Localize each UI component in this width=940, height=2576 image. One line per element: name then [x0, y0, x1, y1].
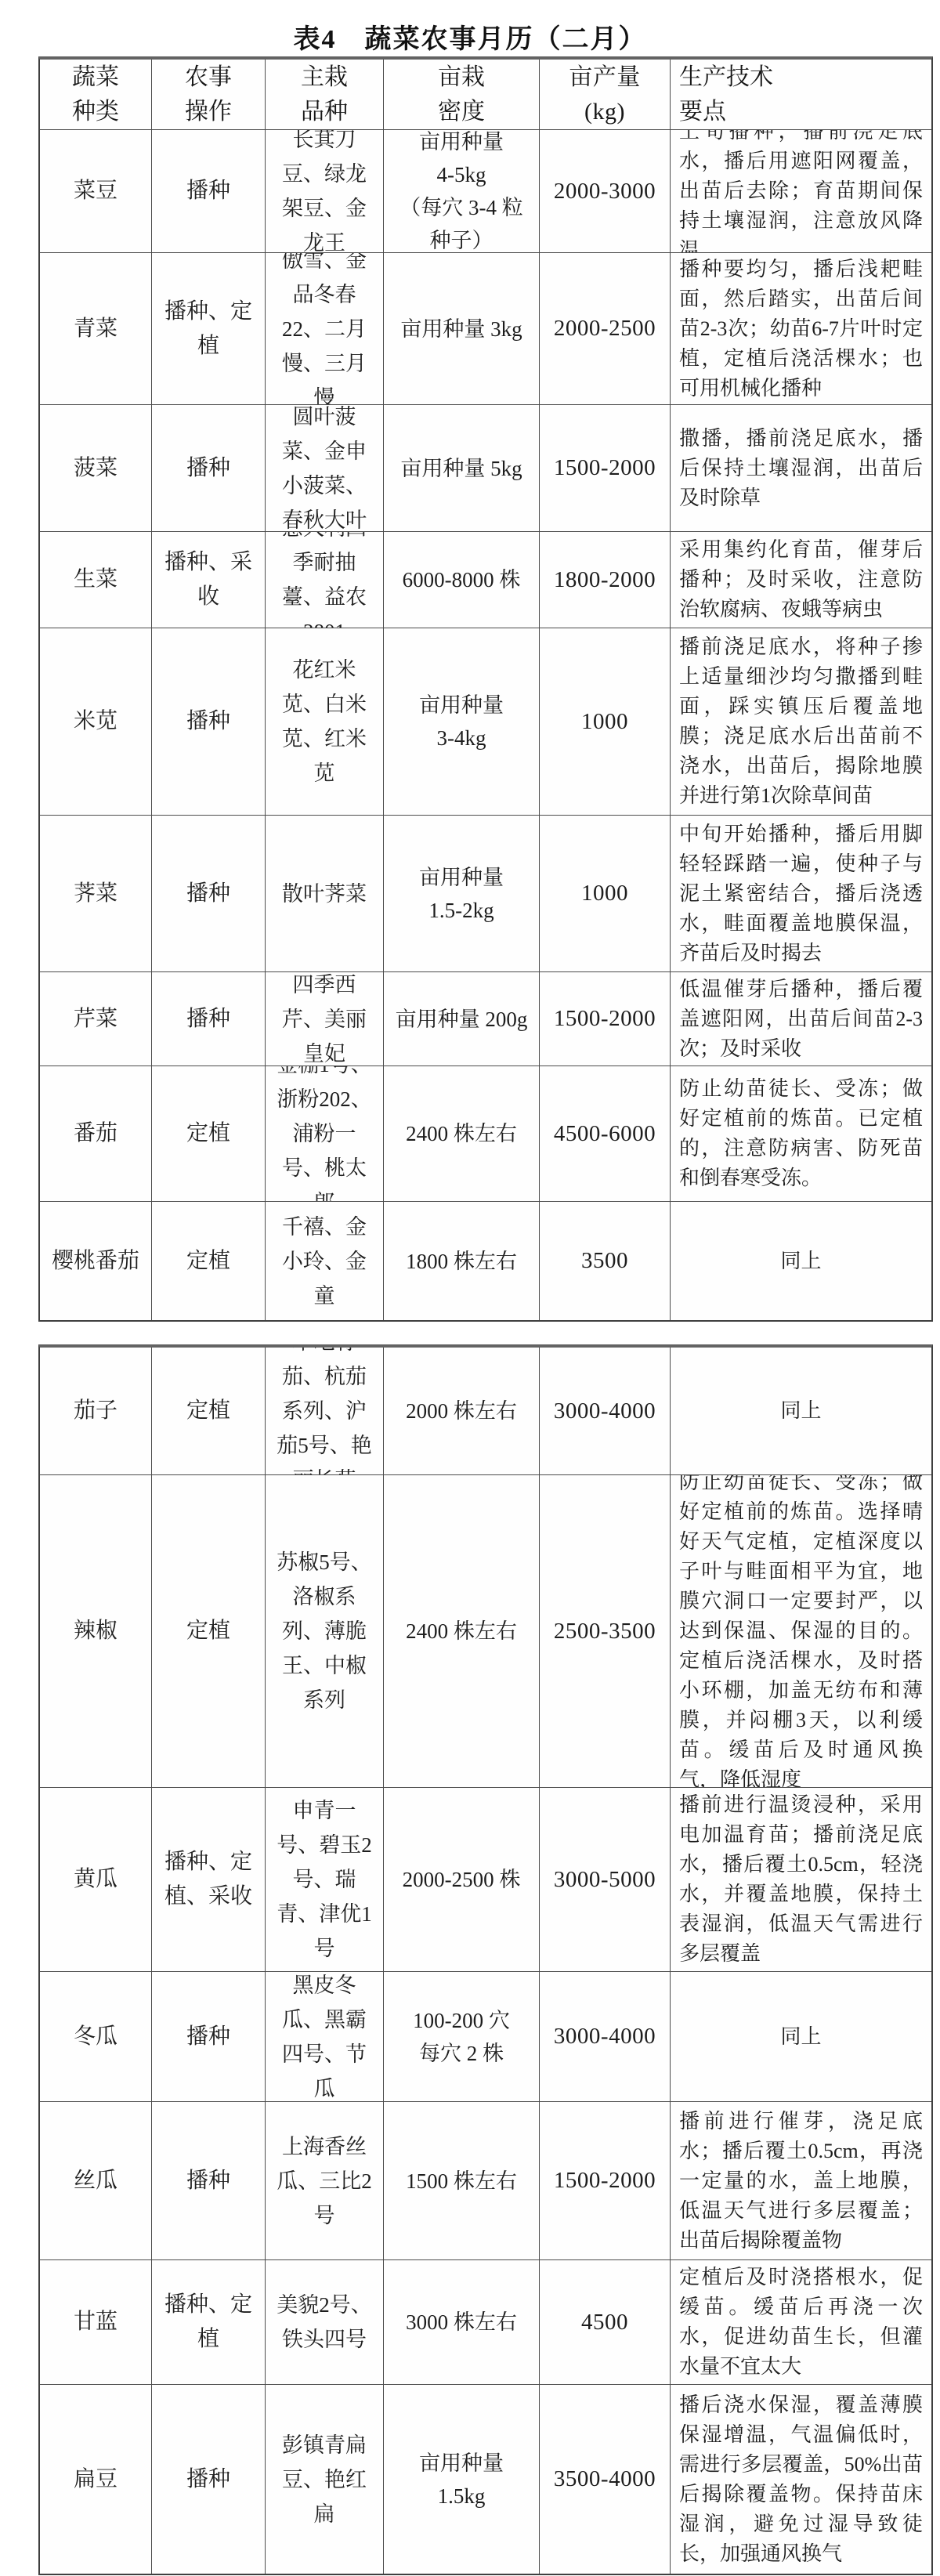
cell-yield: 2000-2500	[540, 253, 671, 404]
cell-operation: 播种	[152, 1972, 266, 2101]
yield-text: 3500-4000	[554, 2466, 656, 2492]
varieties-text: 本地青茄、杭茄系列、沪茄5号、艳丽长茄	[272, 1348, 377, 1474]
varieties-text: 傲雪、金品冬春22、二月慢、三月慢	[272, 253, 377, 404]
operation-text: 播种	[186, 451, 230, 486]
cell-operation: 播种	[152, 816, 266, 971]
density-text: 1500 株左右	[406, 2165, 517, 2198]
header-yield-per-mu: 亩产量 (kg)	[540, 60, 671, 129]
cell-type: 樱桃番茄	[40, 1202, 152, 1320]
operation-text: 播种	[186, 877, 230, 911]
cell-operation: 播种	[152, 972, 266, 1065]
density-text: 100-200 穴 每穴 2 株	[413, 2004, 510, 2070]
table-row: 扁豆播种彭镇青扁豆、艳红扁亩用种量 1.5kg3500-4000播后浇水保湿，覆…	[40, 2385, 931, 2574]
table-row: 樱桃番茄定植千禧、金小玲、金童1800 株左右3500同上	[40, 1202, 931, 1320]
type-text: 黄瓜	[74, 1864, 117, 1895]
cell-density: 1500 株左右	[384, 2102, 540, 2259]
table-row: 辣椒定植苏椒5号、洛椒系列、薄脆王、中椒系列2400 株左右2500-3500防…	[40, 1475, 931, 1788]
cell-type: 番茄	[40, 1066, 152, 1201]
cell-technique: 播后浇水保湿，覆盖薄膜保湿增温，气温偏低时，需进行多层覆盖，50%出苗后揭除覆盖…	[671, 2385, 931, 2574]
technique-text: 低温催芽后播种，播后覆盖遮阳网，出苗后间苗2-3次；及时采收	[679, 975, 923, 1064]
density-text: 2000 株左右	[406, 1395, 517, 1427]
table-row: 冬瓜播种黑皮冬瓜、黑霸四号、节瓜100-200 穴 每穴 2 株3000-400…	[40, 1972, 931, 2102]
cell-technique: 低温催芽后播种，播后覆盖遮阳网，出苗后间苗2-3次；及时采收	[671, 972, 931, 1065]
cell-density: 亩用种量 200g	[384, 972, 540, 1065]
operation-text: 播种	[186, 704, 230, 739]
cell-varieties: 圆叶菠菜、金申小菠菜、春秋大叶	[266, 405, 384, 531]
density-text: 2400 株左右	[406, 1615, 517, 1648]
cell-yield: 3000-4000	[540, 1348, 671, 1474]
cell-technique: 播前浇足底水，将种子掺上适量细沙均匀撒播到畦面，踩实镇压后覆盖地膜；浇足底水后出…	[671, 628, 931, 815]
cell-varieties: 散叶荠菜	[266, 816, 384, 971]
cell-varieties: 花红米苋、白米苋、红米苋	[266, 628, 384, 815]
cell-yield: 3000-5000	[540, 1788, 671, 1971]
cell-density: 2400 株左右	[384, 1475, 540, 1787]
cell-varieties: 金棚1号、浙粉202、浦粉一号、桃太郎	[266, 1066, 384, 1201]
type-text: 扁豆	[74, 2464, 117, 2495]
cell-technique: 撒播，播前浇足底水，播后保持土壤湿润，出苗后及时除草	[671, 405, 931, 531]
type-text: 樱桃番茄	[52, 1246, 139, 1277]
document-page: 表4 蔬菜农事月历（二月） 蔬菜 种类 农事 操作 主栽 品种 亩栽 密度 亩产…	[0, 0, 940, 2576]
cell-density: 亩用种量 4-5kg （每穴 3-4 粒 种子）	[384, 130, 540, 252]
cell-varieties: 四季西芹、美丽皇妃	[266, 972, 384, 1065]
yield-text: 1500-2000	[554, 1006, 656, 1032]
cell-type: 茄子	[40, 1348, 152, 1474]
cell-operation: 播种、采收	[152, 532, 266, 628]
cell-type: 荠菜	[40, 816, 152, 971]
cell-density: 1800 株左右	[384, 1202, 540, 1320]
cell-varieties: 千禧、金小玲、金童	[266, 1202, 384, 1320]
cell-varieties: 本地青茄、杭茄系列、沪茄5号、艳丽长茄	[266, 1348, 384, 1474]
yield-text: 2000-3000	[554, 179, 656, 204]
technique-text: 同上	[679, 2022, 923, 2052]
type-text: 番茄	[74, 1118, 117, 1149]
table-row: 番茄定植金棚1号、浙粉202、浦粉一号、桃太郎2400 株左右4500-6000…	[40, 1066, 931, 1202]
yield-text: 4500-6000	[554, 1121, 656, 1147]
density-text: 亩用种量 3-4kg	[419, 689, 504, 754]
cell-yield: 1500-2000	[540, 405, 671, 531]
cell-varieties: 苏椒5号、洛椒系列、薄脆王、中椒系列	[266, 1475, 384, 1787]
density-text: 6000-8000 株	[403, 563, 521, 596]
cell-type: 丝瓜	[40, 2102, 152, 2259]
technique-text: 中旬开始播种，播后用脚轻轻踩踏一遍，使种子与泥土紧密结合，播后浇透水，畦面覆盖地…	[679, 819, 923, 968]
technique-text: 同上	[679, 1246, 923, 1276]
yield-text: 4500	[581, 2310, 628, 2335]
cell-density: 亩用种量 5kg	[384, 405, 540, 531]
technique-text: 防止幼苗徒长、受冻；做好定植前的炼苗。选择晴好天气定植，定植深度以子叶与畦面相平…	[679, 1475, 923, 1787]
density-text: 亩用种量 4-5kg （每穴 3-4 粒 种子）	[399, 130, 523, 252]
cell-varieties: 长萁刀豆、绿龙架豆、金龙王	[266, 130, 384, 252]
cell-yield: 4500-6000	[540, 1066, 671, 1201]
cell-technique: 播前进行温烫浸种，采用电加温育苗；播前浇足底水，播后覆土0.5cm，轻浇水，并覆…	[671, 1788, 931, 1971]
header-vegetable-type: 蔬菜 种类	[40, 60, 152, 129]
cell-density: 2000 株左右	[384, 1348, 540, 1474]
header-main-varieties: 主栽 品种	[266, 60, 384, 129]
technique-text: 定植后及时浇搭根水，促缓苗。缓苗后再浇一次水，促进幼苗生长，但灌水量不宜太大	[679, 2263, 923, 2382]
type-text: 芹菜	[74, 1004, 117, 1035]
yield-text: 1000	[581, 881, 628, 906]
varieties-text: 苏椒5号、洛椒系列、薄脆王、中椒系列	[272, 1545, 377, 1717]
yield-text: 3000-4000	[554, 1398, 656, 1424]
yield-text: 1000	[581, 709, 628, 735]
varieties-text: 花红米苋、白米苋、红米苋	[272, 653, 377, 791]
varieties-text: 长萁刀豆、绿龙架豆、金龙王	[272, 130, 377, 252]
type-text: 荠菜	[74, 878, 117, 910]
table-header-row: 蔬菜 种类 农事 操作 主栽 品种 亩栽 密度 亩产量 (kg) 生产技术 要点	[40, 60, 931, 130]
cell-technique: 同上	[671, 1972, 931, 2101]
cell-operation: 播种、定植	[152, 2260, 266, 2384]
operation-text: 播种、定植	[158, 2288, 258, 2357]
cell-operation: 播种、定植、采收	[152, 1788, 266, 1971]
density-text: 亩用种量 3kg	[400, 313, 522, 346]
cell-operation: 定植	[152, 1066, 266, 1201]
cell-type: 冬瓜	[40, 1972, 152, 2101]
cell-yield: 4500	[540, 2260, 671, 2384]
cell-yield: 1000	[540, 816, 671, 971]
type-text: 冬瓜	[74, 2021, 117, 2053]
table-row: 生菜播种、采收意大利四季耐抽薹、益农38016000-8000 株1800-20…	[40, 532, 931, 628]
varieties-text: 四季西芹、美丽皇妃	[272, 972, 377, 1065]
table-row: 菜豆播种长萁刀豆、绿龙架豆、金龙王亩用种量 4-5kg （每穴 3-4 粒 种子…	[40, 130, 931, 253]
type-text: 生菜	[74, 564, 117, 595]
cell-type: 米苋	[40, 628, 152, 815]
operation-text: 播种	[186, 174, 230, 208]
cell-density: 100-200 穴 每穴 2 株	[384, 1972, 540, 2101]
operation-text: 播种、定植、采收	[158, 1845, 258, 1914]
yield-text: 1500-2000	[554, 2168, 656, 2194]
operation-text: 定植	[186, 1614, 230, 1648]
cell-operation: 播种	[152, 405, 266, 531]
operation-text: 播种	[186, 2020, 230, 2054]
table-row: 芹菜播种四季西芹、美丽皇妃亩用种量 200g1500-2000低温催芽后播种，播…	[40, 972, 931, 1066]
cell-yield: 1000	[540, 628, 671, 815]
cell-operation: 播种	[152, 2385, 266, 2574]
varieties-text: 散叶荠菜	[282, 877, 367, 911]
cell-density: 亩用种量 3kg	[384, 253, 540, 404]
table-row: 菠菜播种圆叶菠菜、金申小菠菜、春秋大叶亩用种量 5kg1500-2000撒播，播…	[40, 405, 931, 532]
cell-type: 扁豆	[40, 2385, 152, 2574]
cell-density: 2400 株左右	[384, 1066, 540, 1201]
cell-varieties: 申青一号、碧玉2号、瑞青、津优1号	[266, 1788, 384, 1971]
operation-text: 播种、定植	[158, 295, 258, 364]
varieties-text: 黑皮冬瓜、黑霸四号、节瓜	[272, 1972, 377, 2101]
table-row: 荠菜播种散叶荠菜亩用种量 1.5-2kg1000中旬开始播种，播后用脚轻轻踩踏一…	[40, 816, 931, 972]
technique-text: 防止幼苗徒长、受冻；做好定植前的炼苗。已定植的，注意防病害、防死苗和倒春寒受冻。	[679, 1074, 923, 1193]
operation-text: 定植	[186, 1244, 230, 1279]
density-text: 亩用种量 1.5kg	[419, 2447, 504, 2513]
cell-varieties: 上海香丝瓜、三比2号	[266, 2102, 384, 2259]
cell-type: 青菜	[40, 253, 152, 404]
cell-operation: 播种	[152, 2102, 266, 2259]
cell-type: 芹菜	[40, 972, 152, 1065]
varieties-text: 意大利四季耐抽薹、益农3801	[272, 532, 377, 628]
cell-density: 2000-2500 株	[384, 1788, 540, 1971]
cell-density: 3000 株左右	[384, 2260, 540, 2384]
operation-text: 定植	[186, 1394, 230, 1428]
technique-text: 播前进行催芽，浇足底水；播后覆土0.5cm，再浇一定量的水，盖上地膜，低温天气进…	[679, 2107, 923, 2256]
table-row: 黄瓜播种、定植、采收申青一号、碧玉2号、瑞青、津优1号2000-2500 株30…	[40, 1788, 931, 1972]
cell-technique: 播前进行催芽，浇足底水；播后覆土0.5cm，再浇一定量的水，盖上地膜，低温天气进…	[671, 2102, 931, 2259]
type-text: 青菜	[74, 313, 117, 345]
cell-operation: 播种	[152, 628, 266, 815]
cell-type: 甘蓝	[40, 2260, 152, 2384]
cell-operation: 定植	[152, 1202, 266, 1320]
type-text: 茄子	[74, 1395, 117, 1427]
type-text: 菠菜	[74, 453, 117, 484]
header-farm-operation: 农事 操作	[152, 60, 266, 129]
cell-yield: 1500-2000	[540, 972, 671, 1065]
varieties-text: 金棚1号、浙粉202、浦粉一号、桃太郎	[272, 1066, 377, 1201]
cell-varieties: 彭镇青扁豆、艳红扁	[266, 2385, 384, 2574]
cell-technique: 中旬开始播种，播后用脚轻轻踩踏一遍，使种子与泥土紧密结合，播后浇透水，畦面覆盖地…	[671, 816, 931, 971]
cell-operation: 播种、定植	[152, 253, 266, 404]
technique-text: 播后浇水保湿，覆盖薄膜保湿增温，气温偏低时，需进行多层覆盖，50%出苗后揭除覆盖…	[679, 2390, 923, 2569]
cell-technique: 防止幼苗徒长、受冻；做好定植前的炼苗。已定植的，注意防病害、防死苗和倒春寒受冻。	[671, 1066, 931, 1201]
type-text: 菜豆	[74, 175, 117, 207]
yield-text: 3000-4000	[554, 2024, 656, 2050]
table-row: 茄子定植本地青茄、杭茄系列、沪茄5号、艳丽长茄2000 株左右3000-4000…	[40, 1348, 931, 1475]
cell-varieties: 美貌2号、铁头四号	[266, 2260, 384, 2384]
vegetable-calendar-table-part2: 茄子定植本地青茄、杭茄系列、沪茄5号、艳丽长茄2000 株左右3000-4000…	[38, 1344, 933, 2575]
density-text: 2400 株左右	[406, 1117, 517, 1150]
yield-text: 2000-2500	[554, 316, 656, 342]
cell-type: 辣椒	[40, 1475, 152, 1787]
yield-text: 1800-2000	[554, 567, 656, 593]
cell-yield: 2500-3500	[540, 1475, 671, 1787]
density-text: 3000 株左右	[406, 2306, 517, 2339]
technique-text: 撒播，播前浇足底水，播后保持土壤湿润，出苗后及时除草	[679, 424, 923, 513]
cell-technique: 播种要均匀，播后浅耙畦面，然后踏实，出苗后间苗2-3次；幼苗6-7片叶时定植，定…	[671, 253, 931, 404]
cell-technique: 同上	[671, 1202, 931, 1320]
cell-yield: 3500-4000	[540, 2385, 671, 2574]
vegetable-calendar-table-part1: 蔬菜 种类 农事 操作 主栽 品种 亩栽 密度 亩产量 (kg) 生产技术 要点…	[38, 56, 933, 1322]
technique-text: 播前浇足底水，将种子掺上适量细沙均匀撒播到畦面，踩实镇压后覆盖地膜；浇足底水后出…	[679, 632, 923, 811]
operation-text: 播种	[186, 1002, 230, 1037]
header-planting-density: 亩栽 密度	[384, 60, 540, 129]
cell-density: 亩用种量 1.5-2kg	[384, 816, 540, 971]
operation-text: 定植	[186, 1116, 230, 1151]
type-text: 甘蓝	[74, 2306, 117, 2338]
type-text: 丝瓜	[74, 2165, 117, 2197]
operation-text: 播种、采收	[158, 545, 258, 614]
table-row: 甘蓝播种、定植美貌2号、铁头四号3000 株左右4500定植后及时浇搭根水，促缓…	[40, 2260, 931, 2385]
table-row: 青菜播种、定植傲雪、金品冬春22、二月慢、三月慢亩用种量 3kg2000-250…	[40, 253, 931, 405]
density-text: 亩用种量 5kg	[400, 452, 522, 485]
cell-density: 亩用种量 3-4kg	[384, 628, 540, 815]
operation-text: 播种	[186, 2164, 230, 2198]
cell-type: 菜豆	[40, 130, 152, 252]
varieties-text: 美貌2号、铁头四号	[272, 2288, 377, 2357]
cell-varieties: 意大利四季耐抽薹、益农3801	[266, 532, 384, 628]
cell-technique: 定植后及时浇搭根水，促缓苗。缓苗后再浇一次水，促进幼苗生长，但灌水量不宜太大	[671, 2260, 931, 2384]
technique-text: 播种要均匀，播后浅耙畦面，然后踏实，出苗后间苗2-3次；幼苗6-7片叶时定植，定…	[679, 255, 923, 403]
cell-technique: 防止幼苗徒长、受冻；做好定植前的炼苗。选择晴好天气定植，定植深度以子叶与畦面相平…	[671, 1475, 931, 1787]
cell-yield: 3500	[540, 1202, 671, 1320]
cell-varieties: 黑皮冬瓜、黑霸四号、节瓜	[266, 1972, 384, 2101]
type-text: 辣椒	[74, 1615, 117, 1647]
technique-text: 采用集约化育苗，催芽后播种；及时采收，注意防治软腐病、夜蛾等病虫	[679, 535, 923, 624]
cell-type: 生菜	[40, 532, 152, 628]
density-text: 2000-2500 株	[403, 1863, 521, 1896]
cell-technique: 采用集约化育苗，催芽后播种；及时采收，注意防治软腐病、夜蛾等病虫	[671, 532, 931, 628]
cell-operation: 定植	[152, 1348, 266, 1474]
table-caption: 表4 蔬菜农事月历（二月）	[0, 0, 940, 56]
cell-type: 菠菜	[40, 405, 152, 531]
cell-technique: 同上	[671, 1348, 931, 1474]
table-row: 米苋播种花红米苋、白米苋、红米苋亩用种量 3-4kg1000播前浇足底水，将种子…	[40, 628, 931, 816]
density-text: 亩用种量 200g	[396, 1003, 528, 1036]
cell-operation: 播种	[152, 130, 266, 252]
cell-yield: 1500-2000	[540, 2102, 671, 2259]
technique-text: 上旬播种，播前浇足底水，播后用遮阳网覆盖，出苗后去除；育苗期间保持土壤湿润，注意…	[679, 130, 923, 252]
type-text: 米苋	[74, 706, 117, 737]
varieties-text: 彭镇青扁豆、艳红扁	[272, 2428, 377, 2531]
cell-yield: 1800-2000	[540, 532, 671, 628]
cell-yield: 2000-3000	[540, 130, 671, 252]
density-text: 亩用种量 1.5-2kg	[419, 861, 504, 927]
cell-density: 亩用种量 1.5kg	[384, 2385, 540, 2574]
yield-text: 3000-5000	[554, 1867, 656, 1893]
technique-text: 同上	[679, 1396, 923, 1426]
cell-operation: 定植	[152, 1475, 266, 1787]
cell-yield: 3000-4000	[540, 1972, 671, 2101]
varieties-text: 申青一号、碧玉2号、瑞青、津优1号	[272, 1793, 377, 1966]
operation-text: 播种	[186, 2462, 230, 2497]
varieties-text: 千禧、金小玲、金童	[272, 1210, 377, 1313]
density-text: 1800 株左右	[406, 1245, 517, 1278]
yield-text: 1500-2000	[554, 455, 656, 481]
cell-technique: 上旬播种，播前浇足底水，播后用遮阳网覆盖，出苗后去除；育苗期间保持土壤湿润，注意…	[671, 130, 931, 252]
table-row: 丝瓜播种上海香丝瓜、三比2号1500 株左右1500-2000播前进行催芽，浇足…	[40, 2102, 931, 2260]
header-production-technique: 生产技术 要点	[671, 60, 931, 129]
yield-text: 2500-3500	[554, 1619, 656, 1644]
cell-varieties: 傲雪、金品冬春22、二月慢、三月慢	[266, 253, 384, 404]
cell-density: 6000-8000 株	[384, 532, 540, 628]
varieties-text: 上海香丝瓜、三比2号	[272, 2129, 377, 2233]
cell-type: 黄瓜	[40, 1788, 152, 1971]
technique-text: 播前进行温烫浸种，采用电加温育苗；播前浇足底水，播后覆土0.5cm，轻浇水，并覆…	[679, 1790, 923, 1969]
yield-text: 3500	[581, 1248, 628, 1274]
varieties-text: 圆叶菠菜、金申小菠菜、春秋大叶	[272, 405, 377, 531]
